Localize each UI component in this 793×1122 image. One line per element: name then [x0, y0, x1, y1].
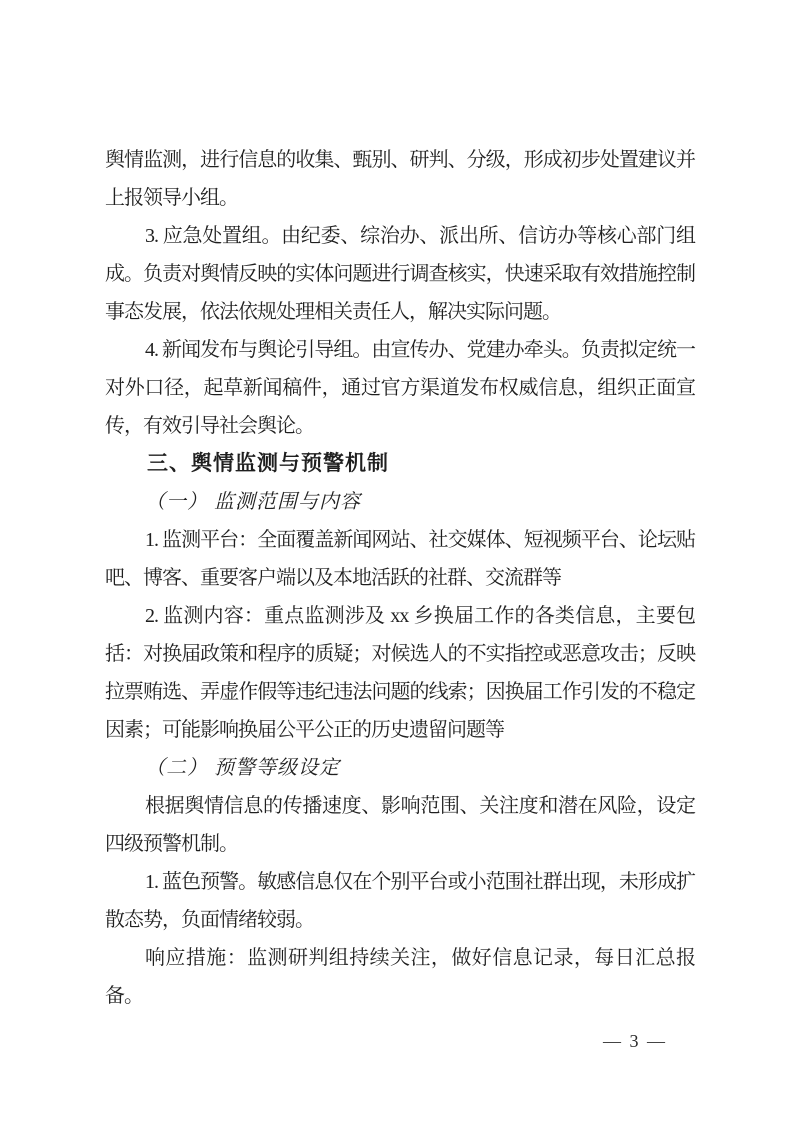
section-heading-monitoring-and-warning-mechanism: 三、舆情监测与预警机制 — [105, 445, 695, 483]
paragraph-monitoring-content: 2. 监测内容：重点监测涉及 xx 乡换届工作的各类信息，主要包括：对换届政策和… — [105, 597, 695, 749]
page-number: — 3 — — [603, 1030, 667, 1052]
subsection-heading-warning-level-setting: （二） 预警等级设定 — [105, 749, 695, 787]
paragraph-monitoring-continuation: 舆情监测，进行信息的收集、甄别、研判、分级，形成初步处置建议并上报领导小组。 — [105, 141, 695, 217]
paragraph-emergency-response-group: 3. 应急处置组。由纪委、综治办、派出所、信访办等核心部门组成。负责对舆情反映的… — [105, 217, 695, 331]
document-body: 舆情监测，进行信息的收集、甄别、研判、分级，形成初步处置建议并上报领导小组。 3… — [105, 141, 695, 1015]
paragraph-monitoring-platforms: 1. 监测平台：全面覆盖新闻网站、社交媒体、短视频平台、论坛贴吧、博客、重要客户… — [105, 521, 695, 597]
paragraph-blue-warning: 1. 蓝色预警。敏感信息仅在个别平台或小范围社群出现，未形成扩散态势，负面情绪较… — [105, 863, 695, 939]
document-page: 舆情监测，进行信息的收集、甄别、研判、分级，形成初步处置建议并上报领导小组。 3… — [0, 0, 793, 1122]
paragraph-four-level-warning-mechanism: 根据舆情信息的传播速度、影响范围、关注度和潜在风险，设定四级预警机制。 — [105, 787, 695, 863]
paragraph-response-measures: 响应措施：监测研判组持续关注，做好信息记录，每日汇总报备。 — [105, 939, 695, 1015]
paragraph-news-release-guidance-group: 4. 新闻发布与舆论引导组。由宣传办、党建办牵头。负责拟定统一对外口径，起草新闻… — [105, 331, 695, 445]
subsection-heading-monitoring-scope-content: （一） 监测范围与内容 — [105, 483, 695, 521]
